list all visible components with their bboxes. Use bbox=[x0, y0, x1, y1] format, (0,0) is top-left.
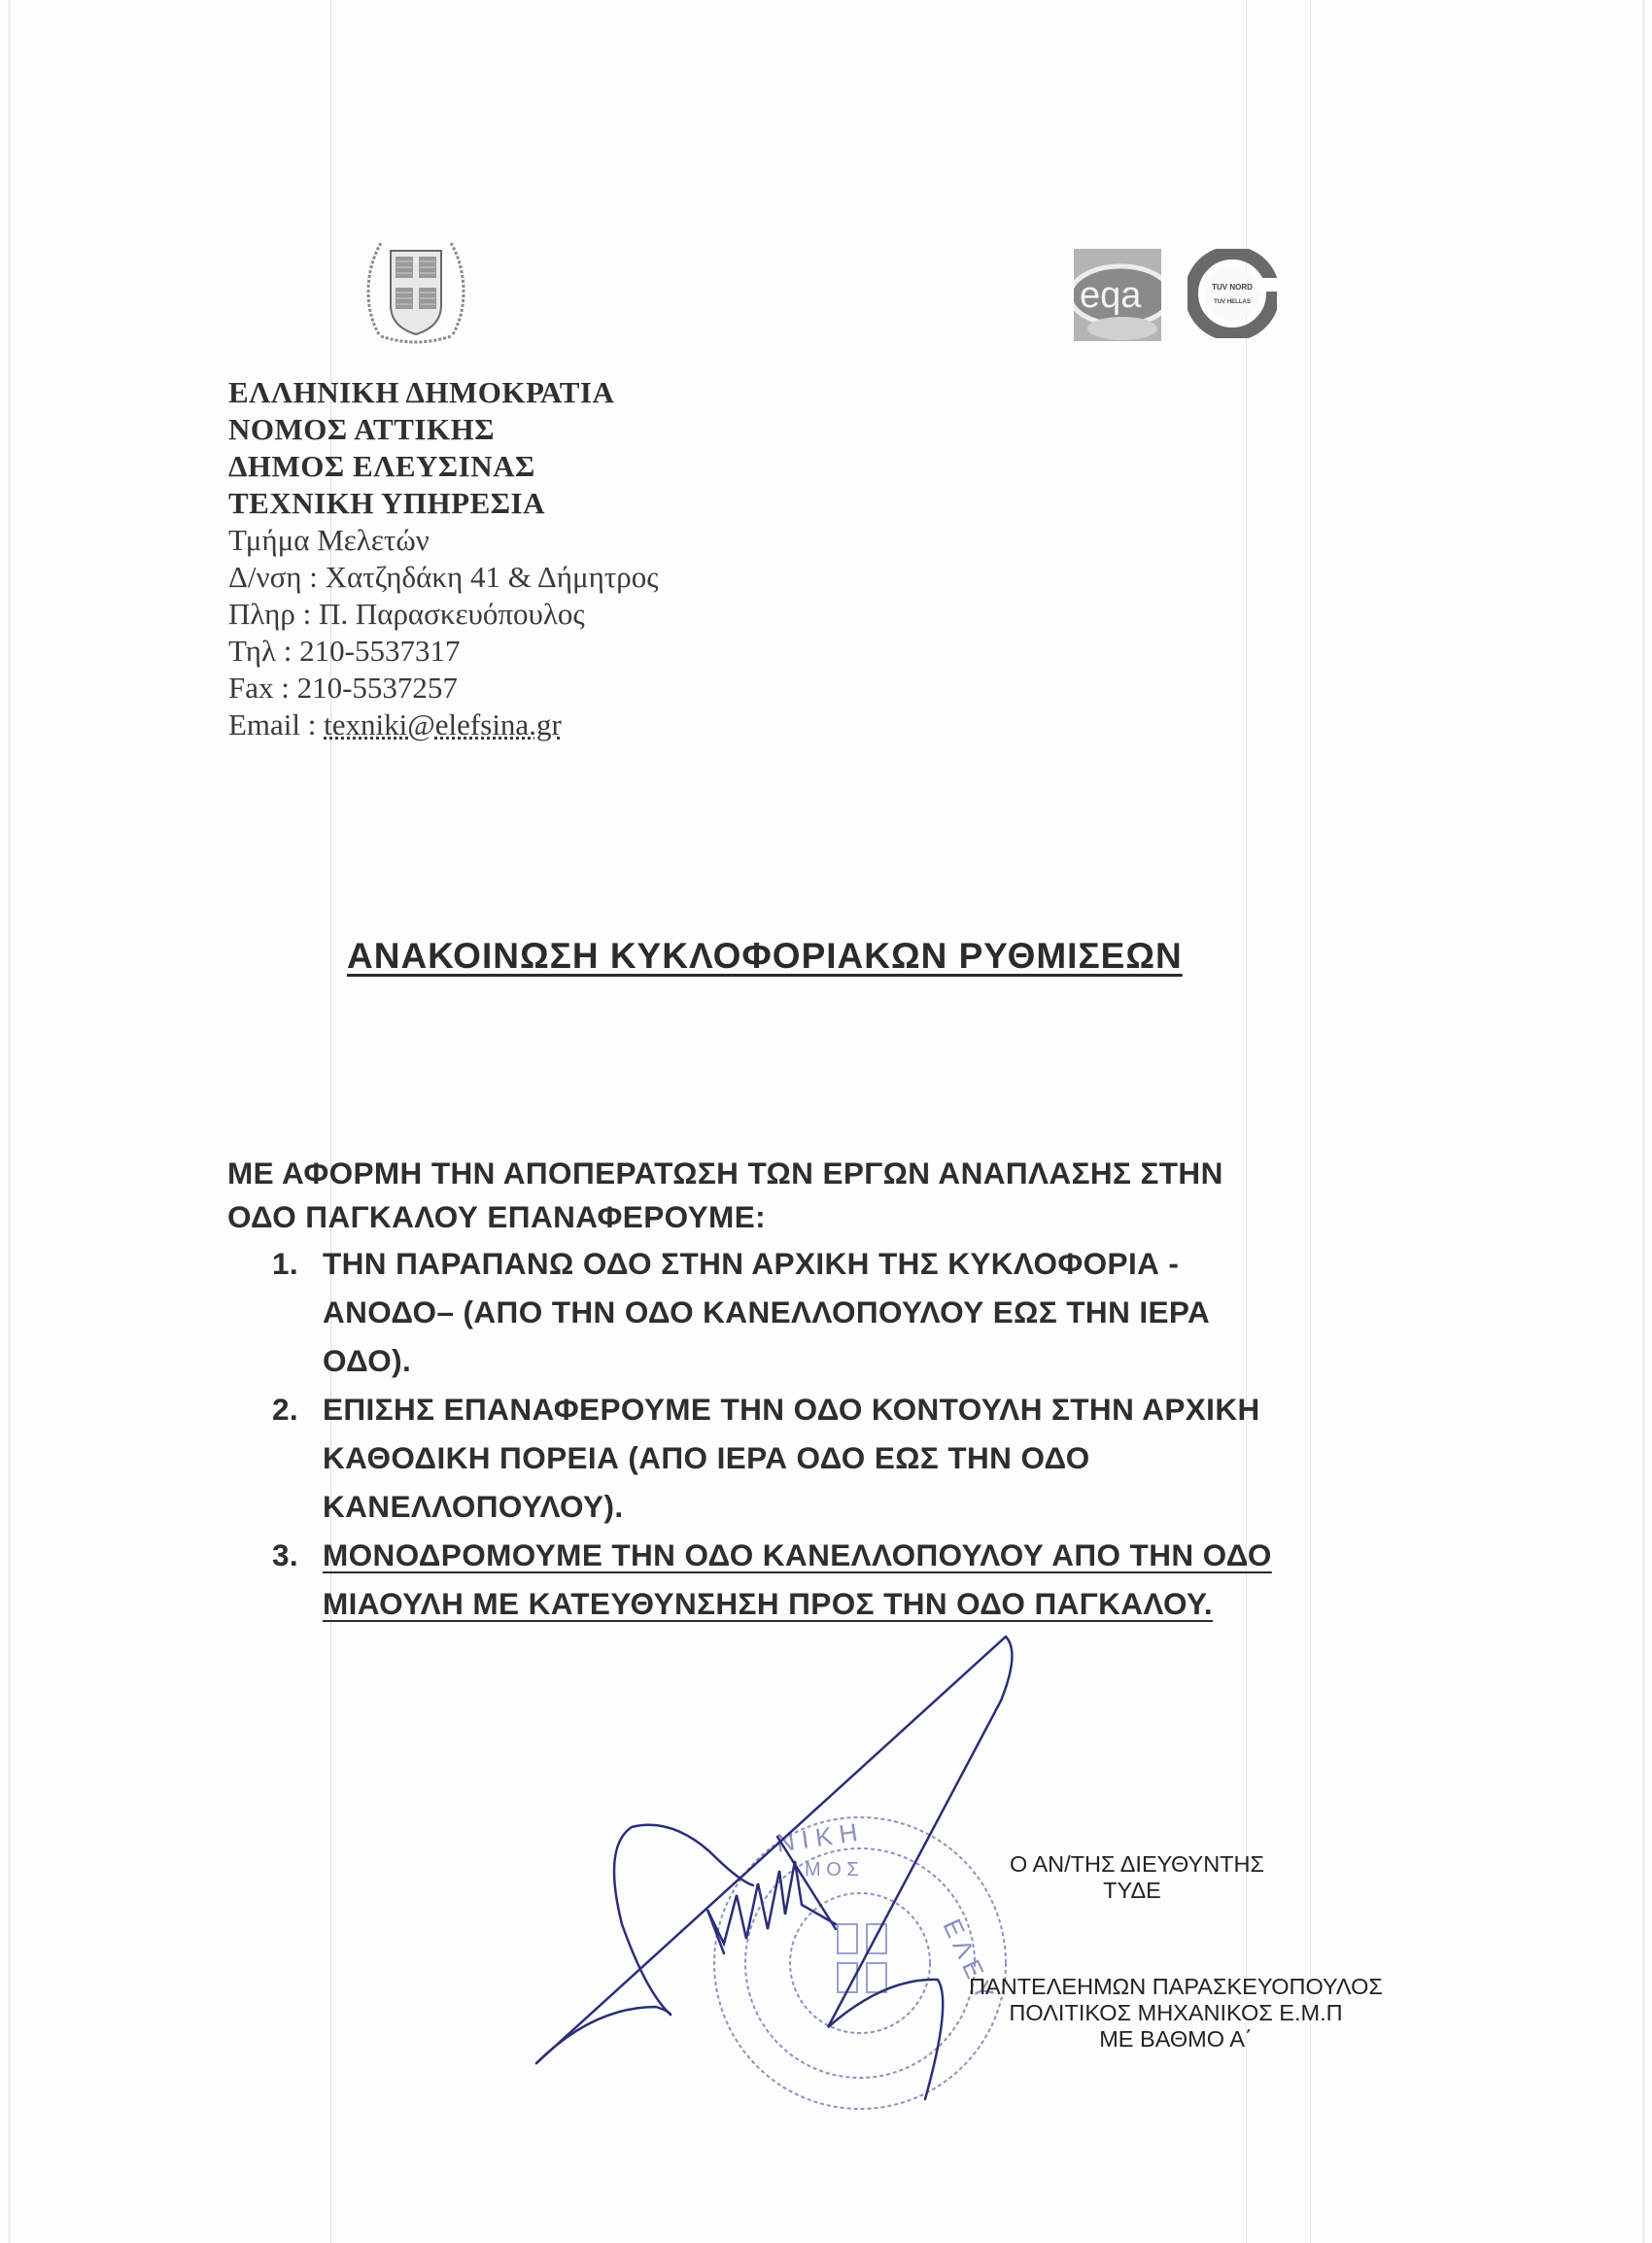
address: Δ/νση : Χατζηδάκη 41 & Δήμητρος bbox=[228, 559, 659, 596]
greek-coat-of-arms-icon bbox=[361, 229, 470, 344]
scan-line bbox=[330, 0, 331, 2243]
signature-block: Ο ΑΝ/ΤΗΣ ΔΙΕΥΘΥΝΤΗΣ ΤΥΔΕ ΠΑΝΤΕΛΕΗΜΩΝ ΠΑΡ… bbox=[913, 1851, 1438, 2053]
service-name: ΤΕΧΝΙΚΗ ΥΠΗΡΕΣΙΑ bbox=[228, 485, 659, 522]
list-item-text: ΜΟΝΟΔΡΟΜΟΥΜΕ ΤΗΝ ΟΔΟ ΚΑΝΕΛΛΟΠΟΥΛΟΥ ΑΠΟ Τ… bbox=[323, 1537, 1272, 1572]
municipality-name: ΔΗΜΟΣ ΕΛΕΥΣΙΝΑΣ bbox=[228, 448, 659, 485]
country-name: ΕΛΛΗΝΙΚΗ ΔΗΜΟΚΡΑΤΙΑ bbox=[228, 374, 659, 411]
list-item-line: ΜΙΑΟΥΛΗ ΜΕ ΚΑΤΕΥΘΥΝΣΗΣΗ ΠΡΟΣ ΤΗΝ ΟΔΟ ΠΑΓ… bbox=[227, 1579, 1491, 1628]
svg-text:eqa: eqa bbox=[1080, 275, 1142, 316]
prefecture-name: ΝΟΜΟΣ ΑΤΤΙΚΗΣ bbox=[228, 411, 659, 448]
svg-text:TUV HELLAS: TUV HELLAS bbox=[1214, 299, 1251, 305]
list-item-number: 3. bbox=[272, 1531, 298, 1579]
list-item-text: ΟΔΟ). bbox=[323, 1343, 411, 1378]
letterhead: ΕΛΛΗΝΙΚΗ ΔΗΜΟΚΡΑΤΙΑ ΝΟΜΟΣ ΑΤΤΙΚΗΣ ΔΗΜΟΣ … bbox=[228, 374, 659, 743]
email-link[interactable]: texniki@elefsina.gr bbox=[324, 707, 562, 742]
svg-text:TUV NORD: TUV NORD bbox=[1212, 283, 1253, 292]
list-item-text: ΕΠΙΣΗΣ ΕΠΑΝΑΦΕΡΟΥΜΕ ΤΗΝ ΟΔΟ ΚΟΝΤΟΥΛΗ ΣΤΗ… bbox=[323, 1392, 1260, 1427]
signatory-department: ΤΥΔΕ bbox=[826, 1878, 1438, 1904]
list-item-number: 2. bbox=[272, 1385, 298, 1433]
list-item-text: ΤΗΝ ΠΑΡΑΠΑΝΩ ΟΔΟ ΣΤΗΝ ΑΡΧΙΚΗ ΤΗΣ ΚΥΚΛΟΦΟ… bbox=[323, 1246, 1179, 1281]
tuv-certification-logo-icon: TUV NORD TUV HELLAS bbox=[1187, 249, 1277, 338]
list-item-text: ΚΑΝΕΛΛΟΠΟΥΛΟΥ). bbox=[323, 1489, 624, 1524]
signatory-grade: ΜΕ ΒΑΘΜΟ Α΄ bbox=[913, 2026, 1438, 2053]
measures-list: 1.ΤΗΝ ΠΑΡΑΠΑΝΩ ΟΔΟ ΣΤΗΝ ΑΡΧΙΚΗ ΤΗΣ ΚΥΚΛΟ… bbox=[227, 1239, 1491, 1628]
department-name: Τμήμα Μελετών bbox=[228, 522, 659, 559]
list-item-line: ΟΔΟ). bbox=[227, 1336, 1491, 1385]
list-item-line: 3.ΜΟΝΟΔΡΟΜΟΥΜΕ ΤΗΝ ΟΔΟ ΚΑΝΕΛΛΟΠΟΥΛΟΥ ΑΠΟ… bbox=[227, 1531, 1491, 1579]
signatory-name: ΠΑΝΤΕΛΕΗΜΩΝ ΠΑΡΑΣΚΕΥΟΠΟΥΛΟΣ bbox=[913, 1974, 1438, 2000]
list-item-text: ΚΑΘΟΔΙΚΗ ΠΟΡΕΙΑ (ΑΠΟ ΙΕΡΑ ΟΔΟ ΕΩΣ ΤΗΝ ΟΔ… bbox=[323, 1440, 1090, 1475]
fax: Fax : 210-5537257 bbox=[228, 670, 659, 707]
notice-title: ΑΝΑΚΟΙΝΩΣΗ ΚΥΚΛΟΦΟΡΙΑΚΩΝ ΡΥΘΜΙΣΕΩΝ bbox=[347, 936, 1183, 977]
list-item-line: ΚΑΘΟΔΙΚΗ ΠΟΡΕΙΑ (ΑΠΟ ΙΕΡΑ ΟΔΟ ΕΩΣ ΤΗΝ ΟΔ… bbox=[227, 1433, 1491, 1482]
intro-line: ΟΔΟ ΠΑΓΚΑΛΟΥ ΕΠΑΝΑΦΕΡΟΥΜΕ: bbox=[227, 1195, 1491, 1239]
signatory-role: Ο ΑΝ/ΤΗΣ ΔΙΕΥΘΥΝΤΗΣ bbox=[836, 1851, 1438, 1878]
eqa-logo-icon: eqa bbox=[1074, 249, 1161, 341]
intro-text: ΜΕ ΑΦΟΡΜΗ ΤΗΝ ΑΠΟΠΕΡΑΤΩΣΗ ΤΩΝ ΕΡΓΩΝ ΑΝΑΠ… bbox=[227, 1152, 1491, 1239]
scan-edge-left bbox=[8, 0, 11, 2243]
contact-person: Πληρ : Π. Παρασκευόπουλος bbox=[228, 596, 659, 633]
phone: Τηλ : 210-5537317 bbox=[228, 633, 659, 670]
list-item-text: ΑΝΟΔΟ– (ΑΠΟ ΤΗΝ ΟΔΟ ΚΑΝΕΛΛΟΠΟΥΛΟΥ ΕΩΣ ΤΗ… bbox=[323, 1294, 1210, 1329]
email-line: Email : texniki@elefsina.gr bbox=[228, 707, 659, 743]
list-item-line: ΚΑΝΕΛΛΟΠΟΥΛΟΥ). bbox=[227, 1482, 1491, 1531]
list-item-line: 2.ΕΠΙΣΗΣ ΕΠΑΝΑΦΕΡΟΥΜΕ ΤΗΝ ΟΔΟ ΚΟΝΤΟΥΛΗ Σ… bbox=[227, 1385, 1491, 1433]
list-item-number: 1. bbox=[272, 1239, 298, 1288]
list-item-line: 1.ΤΗΝ ΠΑΡΑΠΑΝΩ ΟΔΟ ΣΤΗΝ ΑΡΧΙΚΗ ΤΗΣ ΚΥΚΛΟ… bbox=[227, 1239, 1491, 1288]
signatory-title: ΠΟΛΙΤΙΚΟΣ ΜΗΧΑΝΙΚΟΣ Ε.Μ.Π bbox=[913, 2000, 1438, 2026]
list-item-text: ΜΙΑΟΥΛΗ ΜΕ ΚΑΤΕΥΘΥΝΣΗΣΗ ΠΡΟΣ ΤΗΝ ΟΔΟ ΠΑΓ… bbox=[323, 1586, 1213, 1621]
notice-body: ΜΕ ΑΦΟΡΜΗ ΤΗΝ ΑΠΟΠΕΡΑΤΩΣΗ ΤΩΝ ΕΡΓΩΝ ΑΝΑΠ… bbox=[227, 1152, 1491, 1628]
intro-line: ΜΕ ΑΦΟΡΜΗ ΤΗΝ ΑΠΟΠΕΡΑΤΩΣΗ ΤΩΝ ΕΡΓΩΝ ΑΝΑΠ… bbox=[227, 1152, 1491, 1195]
scan-edge-right bbox=[1642, 0, 1645, 2243]
email-label: Email : bbox=[228, 707, 324, 742]
list-item-line: ΑΝΟΔΟ– (ΑΠΟ ΤΗΝ ΟΔΟ ΚΑΝΕΛΛΟΠΟΥΛΟΥ ΕΩΣ ΤΗ… bbox=[227, 1288, 1491, 1336]
